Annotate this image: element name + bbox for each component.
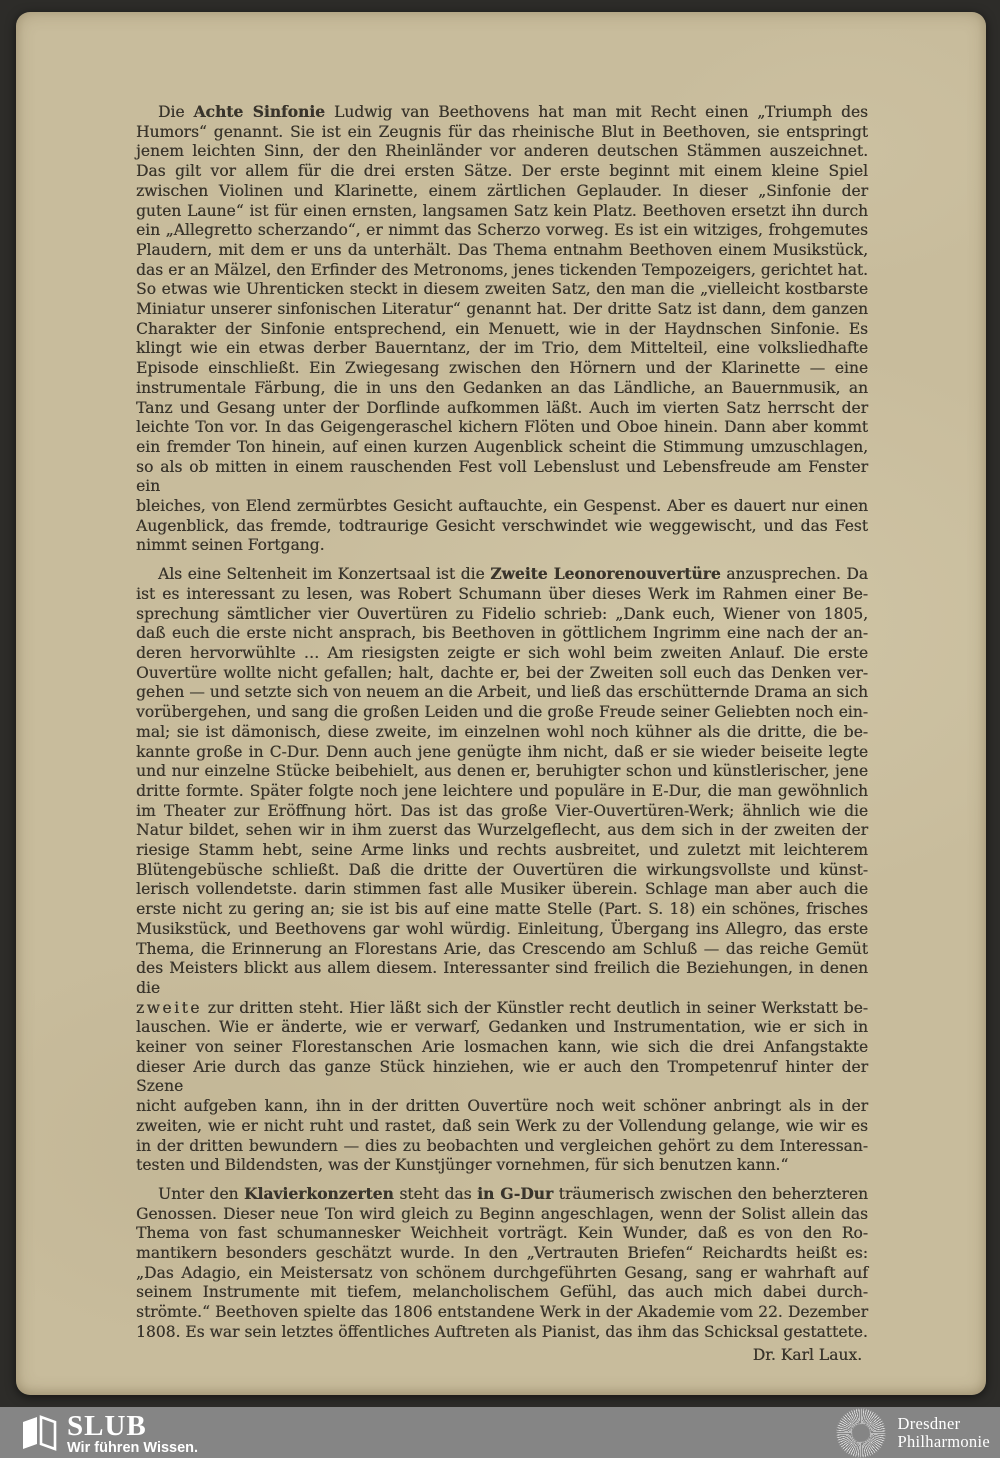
text-line: So etwas wie Uhrenticken steckt in diese… [136, 280, 868, 300]
text-line: Augenblick, das fremde, todtraurige Gesi… [136, 517, 868, 537]
spaced-text: zweite [136, 999, 202, 1017]
document-text: Die Achte Sinfonie Ludwig van Beethovens… [136, 102, 868, 1365]
text-line: in der dritten bewundern — dies zu beoba… [136, 1137, 868, 1157]
text-line: so als ob mitten in einem rauschenden Fe… [136, 458, 868, 497]
emphasized-text: Klavierkonzerten [244, 1184, 394, 1203]
text-line: leichte Ton vor. In das Geigengeraschel … [136, 418, 868, 438]
text-line: riesige Stamm hebt, seine Arme links und… [136, 841, 868, 861]
text-line: nicht aufgeben kann, ihn in der dritten … [136, 1097, 868, 1117]
starburst-icon [834, 1406, 888, 1458]
text-line: Musikstück, und Beethovens gar wohl würd… [136, 920, 868, 940]
text-line: klingt wie ein etwas derber Bauerntanz, … [136, 339, 868, 359]
text-line: das er an Mälzel, den Erfinder des Metro… [136, 261, 868, 281]
text-line: lerisch vollendetste. darin stimmen fast… [136, 880, 868, 900]
library-footer-banner: SLUB Wir führen Wissen. Dresdner Philhar… [0, 1407, 1000, 1458]
text-line: Plaudern, mit dem er uns da unterhält. D… [136, 241, 868, 261]
text-line: seinem Instrumente mit tiefem, melanchol… [136, 1283, 868, 1303]
slub-logo: SLUB Wir führen Wissen. [20, 1412, 198, 1457]
text-line: guten Laune“ ist für einen ernsten, lang… [136, 202, 868, 222]
text-line: vorübergehen, und sang die großen Leiden… [136, 703, 868, 723]
emphasized-text: Achte Sinfonie [194, 102, 326, 121]
slub-name: SLUB [67, 1412, 198, 1440]
text-line: dritte formte. Später folgte noch jene l… [136, 782, 868, 802]
scanned-program-page: Die Achte Sinfonie Ludwig van Beethovens… [16, 12, 986, 1395]
text-line: 1808. Es war sein letztes öffentliches A… [136, 1323, 868, 1343]
slub-tagline: Wir führen Wissen. [67, 1440, 198, 1457]
philharmonie-logo: Dresdner Philharmonie [834, 1407, 990, 1458]
philharmonie-wordmark: Dresdner Philharmonie [897, 1415, 990, 1450]
scan-viewport: Die Achte Sinfonie Ludwig van Beethovens… [0, 0, 1000, 1458]
text-line: und nur einzelne Stücke beibehielt, aus … [136, 762, 868, 782]
text-line: ist es interessant zu lesen, was Robert … [136, 585, 868, 605]
text-line: „Das Adagio, ein Meistersatz von schönem… [136, 1264, 868, 1284]
text-line: keiner von seiner Florestanschen Arie lo… [136, 1038, 868, 1058]
text-line: deren hervorwühlte … Am riesigsten zeigt… [136, 644, 868, 664]
text-line: Thema, die Erinnerung an Florestans Arie… [136, 940, 868, 960]
emphasized-text: Zweite Leonorenouvertüre [490, 564, 721, 583]
text-line: Natur bildet, sehen wir in ihm zuerst da… [136, 821, 868, 841]
text-line: ein fremder Ton hinein, auf einen kurzen… [136, 438, 868, 458]
text-line: testen und Bildendsten, was der Kunstjün… [136, 1156, 868, 1176]
text-line: gehen — und setzte sich von neuem an die… [136, 683, 868, 703]
text-line: Die Achte Sinfonie Ludwig van Beethovens… [136, 102, 868, 123]
text-line: Genossen. Dieser neue Ton wird gleich zu… [136, 1205, 868, 1225]
author-signature: Dr. Karl Laux. [136, 1346, 868, 1366]
text-line: mal; sie ist dämonisch, diese zweite, im… [136, 723, 868, 743]
text-line: Charakter der Sinfonie entsprechend, ein… [136, 320, 868, 340]
paragraph: Die Achte Sinfonie Ludwig van Beethovens… [136, 102, 868, 556]
text-line: Ouvertüre wollte nicht gefallen; halt, d… [136, 664, 868, 684]
text-line: dieser Arie durch das ganze Stück hinzie… [136, 1058, 868, 1097]
text-line: Tanz und Gesang unter der Dorflinde aufk… [136, 399, 868, 419]
text-line: daß euch die erste nicht ansprach, bis B… [136, 624, 868, 644]
paragraph: Als eine Seltenheit im Konzertsaal ist d… [136, 564, 868, 1176]
text-line: lauschen. Wie er änderte, wie er verwarf… [136, 1018, 868, 1038]
philharmonie-name-line1: Dresdner [897, 1415, 990, 1433]
text-line: instrumentale Färbung, die in uns den Ge… [136, 379, 868, 399]
text-line: ein „Allegretto scherzando“, er nimmt da… [136, 221, 868, 241]
text-line: Humors“ genannt. Sie ist ein Zeugnis für… [136, 123, 868, 143]
open-book-icon [20, 1415, 58, 1451]
paragraph: Unter den Klavierkonzerten steht das in … [136, 1184, 868, 1343]
text-line: des Meisters blickt aus allem diesem. In… [136, 959, 868, 998]
text-line: Episode einschließt. Ein Zwiegesang zwis… [136, 359, 868, 379]
emphasized-text: in G-Dur [477, 1184, 553, 1203]
text-line: erste nicht zu gering an; sie ist bis au… [136, 900, 868, 920]
text-line: nimmt seinen Fortgang. [136, 536, 868, 556]
text-line: Unter den Klavierkonzerten steht das in … [136, 1184, 868, 1205]
text-line: mantikern besonders geschätzt wurde. In … [136, 1244, 868, 1264]
philharmonie-name-line2: Philharmonie [897, 1433, 990, 1451]
text-line: zweiten, wie er nicht ruht und rastet, d… [136, 1117, 868, 1137]
text-line: Als eine Seltenheit im Konzertsaal ist d… [136, 564, 868, 585]
text-line: Das gilt vor allem für die drei ersten S… [136, 162, 868, 182]
text-line: Blütengebüsche schließt. Daß die dritte … [136, 861, 868, 881]
text-line: Miniatur unserer sinfonischen Literatur“… [136, 300, 868, 320]
text-line: bleiches, von Elend zermürbtes Gesicht a… [136, 497, 868, 517]
text-line: Thema von fast schumannesker Weichheit v… [136, 1224, 868, 1244]
text-line: sprechung sämtlicher vier Ouvertüren zu … [136, 605, 868, 625]
text-line: jenem leichten Sinn, der den Rheinländer… [136, 142, 868, 162]
slub-wordmark: SLUB Wir führen Wissen. [67, 1412, 198, 1457]
text-line: zwischen Violinen und Klarinette, einem … [136, 182, 868, 202]
text-line: strömte.“ Beethoven spielte das 1806 ent… [136, 1303, 868, 1323]
text-line: kannte große in C-Dur. Denn auch jene ge… [136, 743, 868, 763]
text-line: im Theater zur Eröffnung hört. Das ist d… [136, 802, 868, 822]
text-line: zweite zur dritten steht. Hier läßt sich… [136, 999, 868, 1019]
